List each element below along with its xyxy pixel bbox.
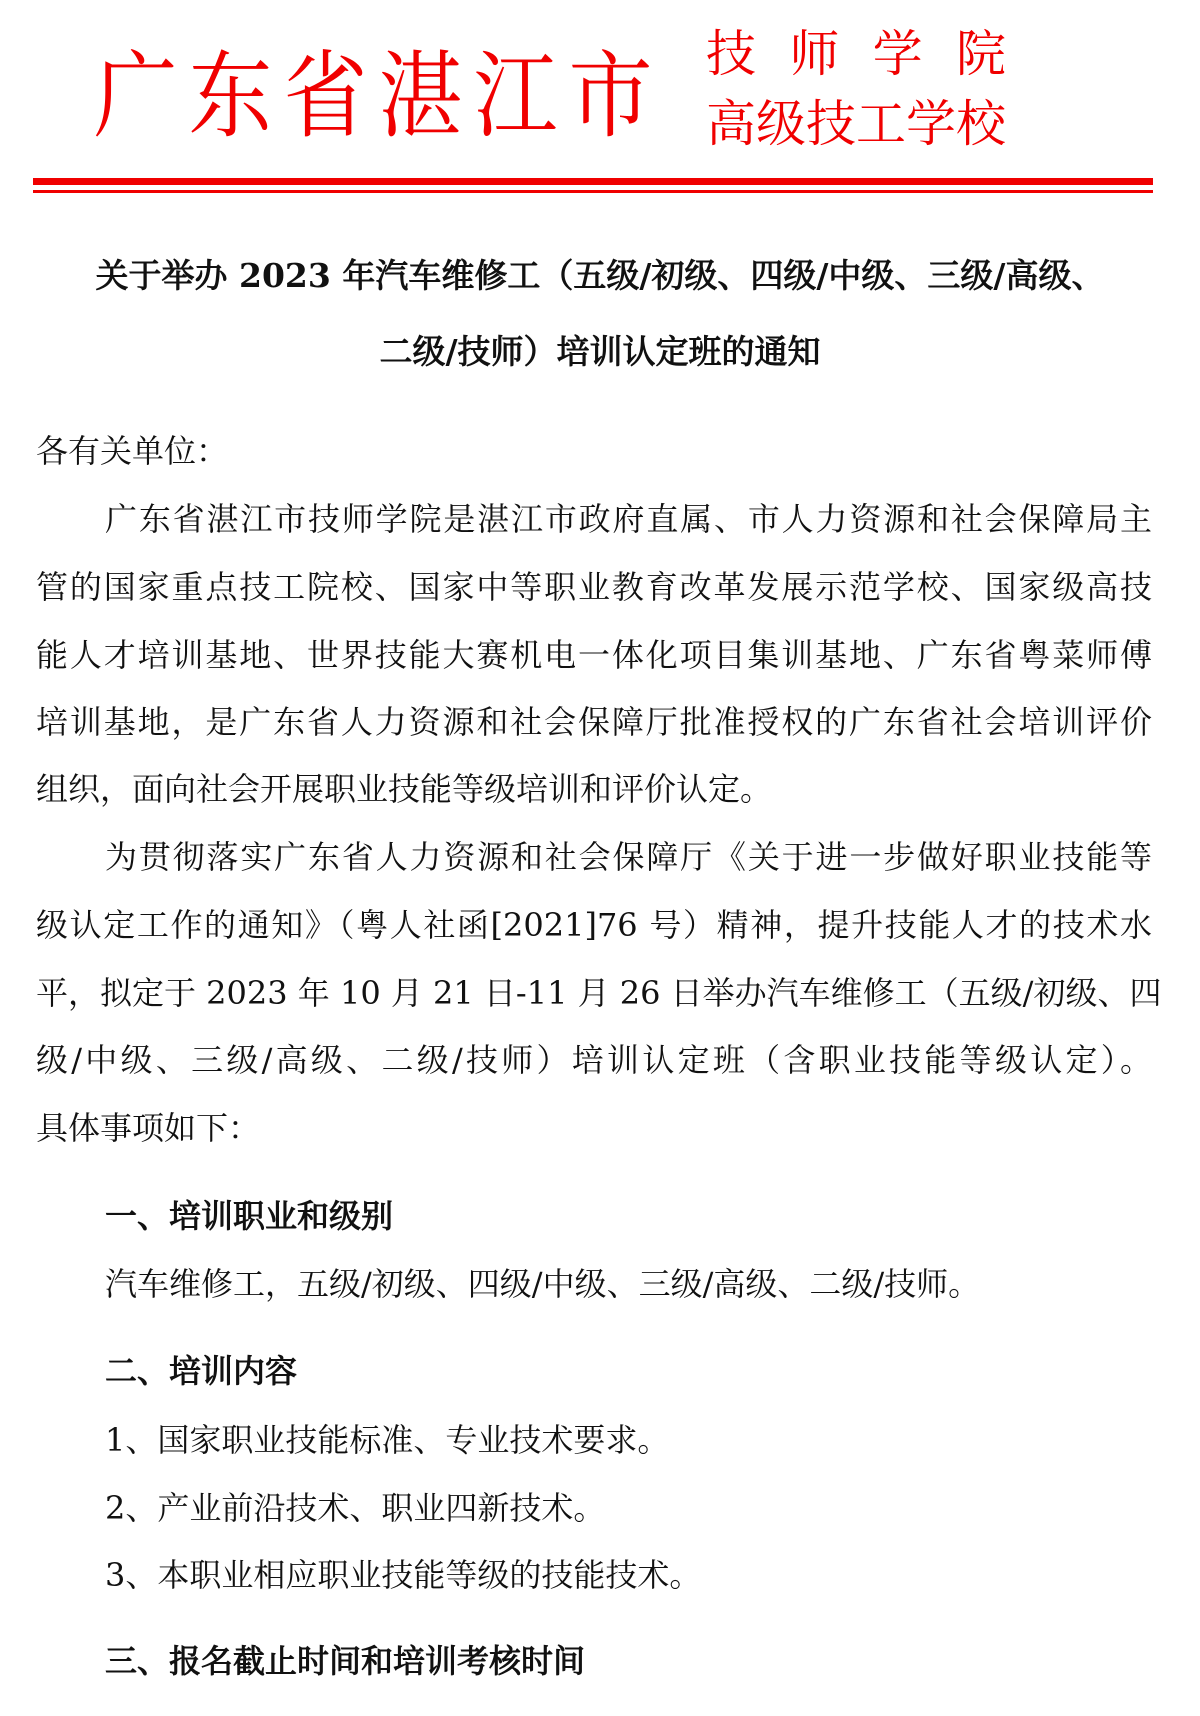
letterhead-char: 市 xyxy=(563,40,658,152)
letterhead-char: 工 xyxy=(856,94,906,154)
letterhead-divider-thin xyxy=(33,190,1153,193)
letterhead-char: 院 xyxy=(956,24,1006,84)
letterhead-char: 校 xyxy=(956,94,1006,154)
letterhead-char: 级 xyxy=(756,94,806,154)
letterhead-city-name: 广 东 省 湛 江 市 xyxy=(88,46,658,146)
paragraph-line: 能人才培训基地、世界技能大赛机电一体化项目集训基地、广东省粤菜师傅 xyxy=(36,635,1152,675)
section-item: 1、国家职业技能标准、专业技术要求。 xyxy=(105,1420,669,1460)
letterhead-school-name-line1: 技 师 学 院 xyxy=(706,24,1006,84)
section-item: 3、本职业相应职业技能等级的技能技术。 xyxy=(105,1555,701,1595)
section-item: 汽车维修工，五级/初级、四级/中级、三级/高级、二级/技师。 xyxy=(105,1264,980,1304)
document-title-line2: 二级/技师）培训认定班的通知 xyxy=(0,332,1200,372)
salutation: 各有关单位： xyxy=(36,431,228,471)
paragraph-line: 级/中级、三级/高级、二级/技师）培训认定班（含职业技能等级认定）。 xyxy=(36,1040,1152,1080)
letterhead-char: 学 xyxy=(873,24,923,84)
letterhead-char: 东 xyxy=(183,40,278,152)
letterhead-char: 学 xyxy=(906,94,956,154)
paragraph-line: 为贯彻落实广东省人力资源和社会保障厅《关于进一步做好职业技能等 xyxy=(105,837,1152,877)
letterhead-school-name-line2: 高 级 技 工 学 校 xyxy=(706,94,1006,154)
paragraph-line: 管的国家重点技工院校、国家中等职业教育改革发展示范学校、国家级高技 xyxy=(36,567,1152,607)
letterhead-char: 江 xyxy=(468,40,563,152)
paragraph-line: 广东省湛江市技师学院是湛江市政府直属、市人力资源和社会保障局主 xyxy=(105,499,1152,539)
paragraph-line: 组织，面向社会开展职业技能等级培训和评价认定。 xyxy=(36,769,772,809)
letterhead-char: 技 xyxy=(706,24,756,84)
letterhead-char: 湛 xyxy=(373,40,468,152)
section-heading: 三、报名截止时间和培训考核时间 xyxy=(105,1641,585,1681)
letterhead-divider-thick xyxy=(33,178,1153,185)
paragraph-line: 级认定工作的通知》（粤人社函[2021]76 号）精神，提升技能人才的技术水 xyxy=(36,905,1152,945)
section-item: 2、产业前沿技术、职业四新技术。 xyxy=(105,1488,605,1528)
paragraph-line: 具体事项如下： xyxy=(36,1108,260,1148)
letterhead-char: 技 xyxy=(806,94,856,154)
letterhead-char: 省 xyxy=(278,40,373,152)
letterhead-char: 师 xyxy=(789,24,839,84)
document-title-line1: 关于举办 2023 年汽车维修工（五级/初级、四级/中级、三级/高级、 xyxy=(0,256,1200,296)
letterhead-char: 广 xyxy=(88,40,183,152)
section-heading: 一、培训职业和级别 xyxy=(105,1196,393,1236)
paragraph-line: 平，拟定于 2023 年 10 月 21 日-11 月 26 日举办汽车维修工（… xyxy=(36,973,1152,1013)
section-heading: 二、培训内容 xyxy=(105,1351,297,1391)
letterhead-char: 高 xyxy=(706,94,756,154)
paragraph-line: 培训基地，是广东省人力资源和社会保障厅批准授权的广东省社会培训评价 xyxy=(36,702,1152,742)
